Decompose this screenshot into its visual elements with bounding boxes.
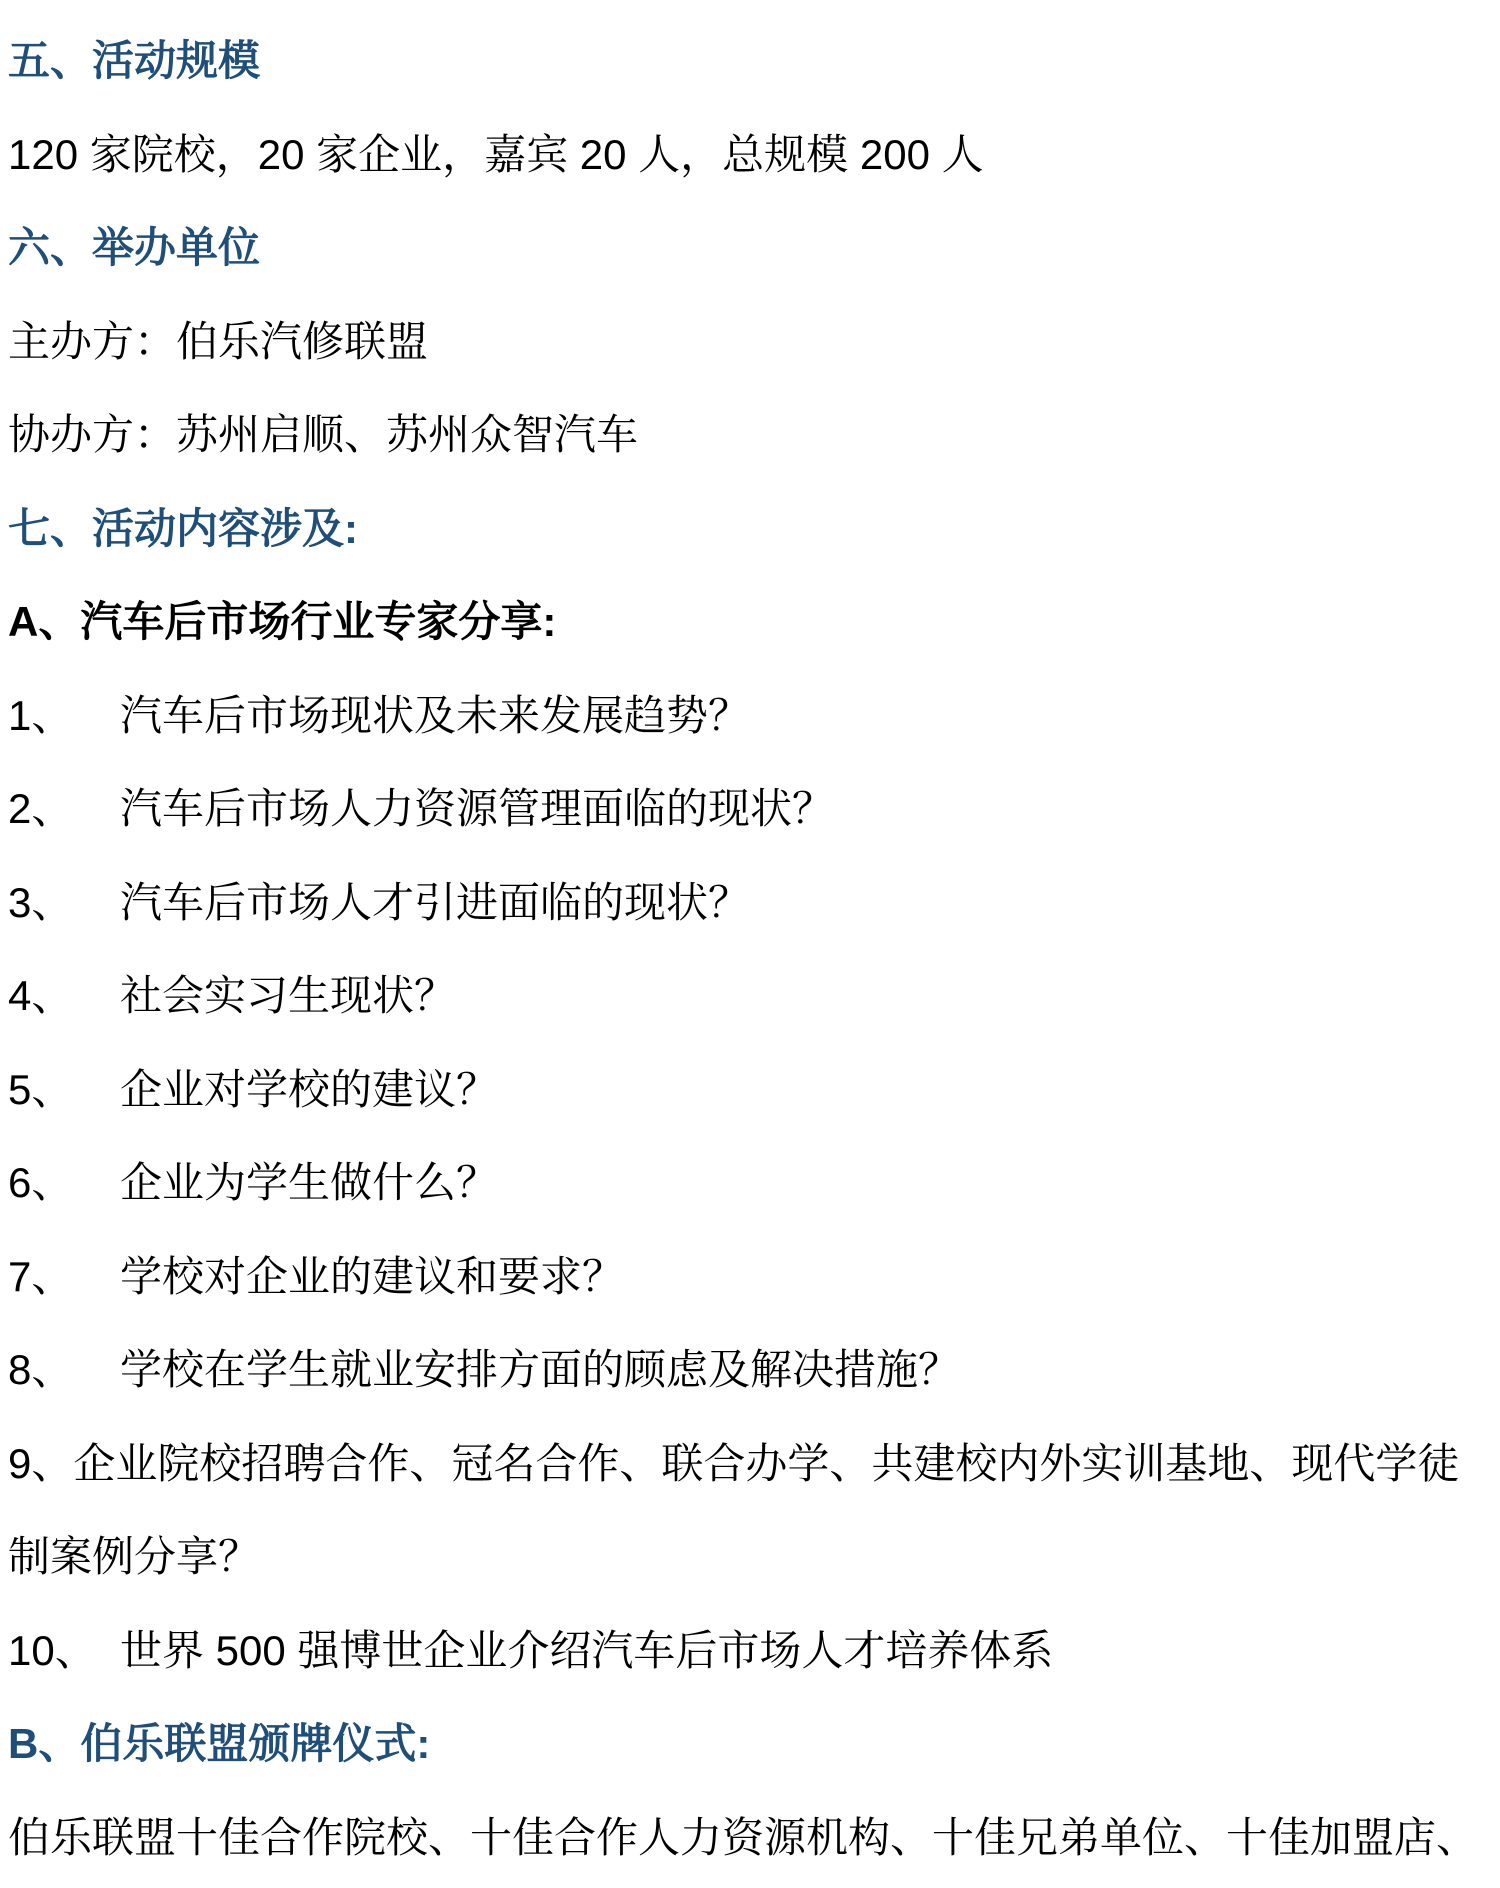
item-number: 10、: [8, 1604, 120, 1698]
section-heading-content: 七、活动内容涉及:: [8, 482, 1488, 576]
section-a-title: A、汽车后市场行业专家分享:: [8, 575, 1488, 669]
item-number: 5、: [8, 1043, 120, 1137]
list-item-2: 2、汽车后市场人力资源管理面临的现状？: [8, 762, 1488, 856]
award-text: 伯乐联盟十佳合作院校、十佳合作人力资源机构、十佳兄弟单位、十佳加盟店、: [8, 1791, 1488, 1885]
item-number: 2、: [8, 762, 120, 856]
item-text: 学校在学生就业安排方面的顾虑及解决措施？: [120, 1346, 960, 1393]
item-text: 社会实习生现状？: [120, 972, 456, 1019]
item-number: 9、: [8, 1440, 73, 1487]
host-text: 主办方：伯乐汽修联盟: [8, 295, 1488, 389]
list-item-1: 1、汽车后市场现状及未来发展趋势？: [8, 669, 1488, 763]
item-text: 汽车后市场人力资源管理面临的现状？: [120, 785, 834, 832]
list-item-6: 6、企业为学生做什么？: [8, 1136, 1488, 1230]
list-item-10: 10、世界 500 强博世企业介绍汽车后市场人才培养体系: [8, 1604, 1488, 1698]
item-number: 3、: [8, 856, 120, 950]
list-item-8: 8、学校在学生就业安排方面的顾虑及解决措施？: [8, 1323, 1488, 1417]
section-heading-scale: 五、活动规模: [8, 14, 1488, 108]
section-b-title: B、伯乐联盟颁牌仪式:: [8, 1697, 1488, 1791]
item-number: 8、: [8, 1323, 120, 1417]
section-heading-host: 六、举办单位: [8, 201, 1488, 295]
item-text: 企业为学生做什么？: [120, 1159, 498, 1206]
item-number: 4、: [8, 949, 120, 1043]
document-page: 五、活动规模 120 家院校，20 家企业，嘉宾 20 人，总规模 200 人 …: [0, 0, 1500, 1884]
item-number: 7、: [8, 1230, 120, 1324]
item-text: 世界 500 强博世企业介绍汽车后市场人才培养体系: [120, 1627, 1053, 1674]
list-item-5: 5、企业对学校的建议？: [8, 1043, 1488, 1137]
list-item-3: 3、汽车后市场人才引进面临的现状？: [8, 856, 1488, 950]
item-text: 汽车后市场现状及未来发展趋势？: [120, 692, 750, 739]
item-text: 企业院校招聘合作、冠名合作、联合办学、共建校内外实训基地、现代学徒制案例分享？: [8, 1440, 1459, 1581]
item-text: 学校对企业的建议和要求？: [120, 1253, 624, 1300]
list-item-9: 9、企业院校招聘合作、冠名合作、联合办学、共建校内外实训基地、现代学徒制案例分享…: [8, 1417, 1488, 1604]
list-item-4: 4、社会实习生现状？: [8, 949, 1488, 1043]
cohost-text: 协办方：苏州启顺、苏州众智汽车: [8, 388, 1488, 482]
item-text: 企业对学校的建议？: [120, 1066, 498, 1113]
item-number: 1、: [8, 669, 120, 763]
scale-text: 120 家院校，20 家企业，嘉宾 20 人，总规模 200 人: [8, 108, 1488, 202]
list-item-7: 7、学校对企业的建议和要求？: [8, 1230, 1488, 1324]
item-number: 6、: [8, 1136, 120, 1230]
item-text: 汽车后市场人才引进面临的现状？: [120, 879, 750, 926]
